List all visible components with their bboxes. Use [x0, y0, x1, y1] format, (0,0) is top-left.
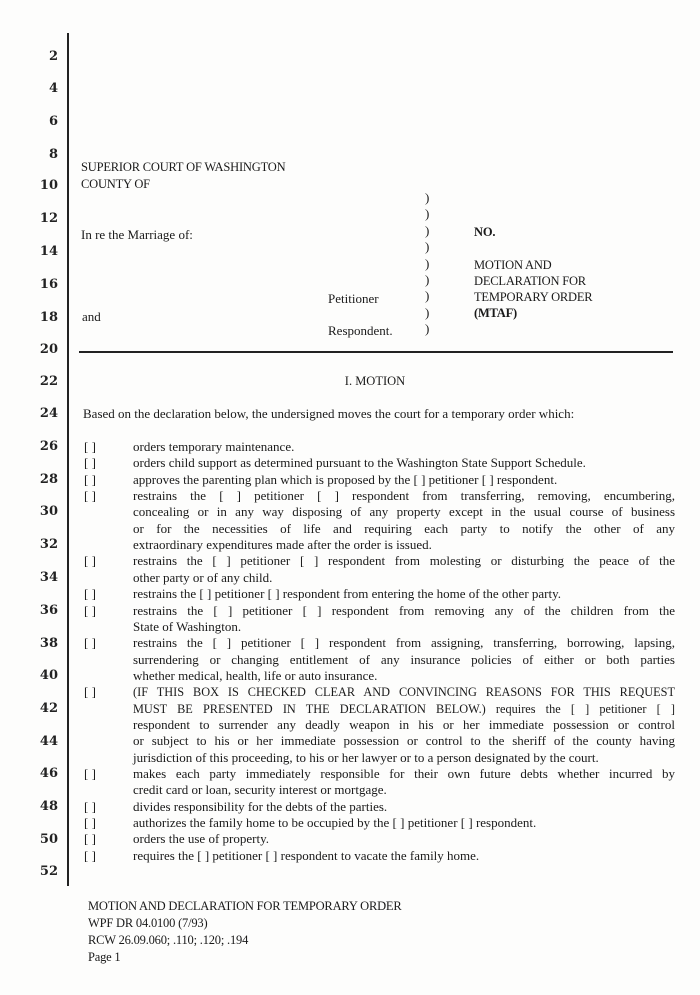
line-number: 32 — [20, 537, 58, 553]
line-number: 14 — [20, 244, 58, 260]
line-number: 46 — [20, 766, 58, 782]
county-label: COUNTY OF — [81, 177, 150, 192]
footer-page-number: Page 1 — [88, 949, 402, 966]
line-number: 28 — [20, 472, 58, 488]
caption-paren: ) — [425, 206, 429, 222]
checkbox-child-support[interactable]: [ ] — [84, 455, 96, 471]
item-text-restrain-entering-home: restrains the [ ] petitioner [ ] respond… — [133, 586, 675, 602]
checkbox-use-of-property[interactable]: [ ] — [84, 831, 96, 847]
line-number: 8 — [20, 147, 58, 163]
item-text-surrender-weapons: MUST BE PRESENTED IN THE DECLARATION BEL… — [133, 701, 675, 717]
caption-paren: ) — [425, 190, 429, 206]
checkbox-parenting-plan[interactable]: [ ] — [84, 472, 96, 488]
document-title-line-3: TEMPORARY ORDER — [474, 290, 592, 305]
line-number: 42 — [20, 701, 58, 717]
in-re-label: In re the Marriage of: — [81, 227, 193, 243]
caption-paren: ) — [425, 288, 429, 304]
item-text-future-debts: makes each party immediately responsible… — [133, 766, 675, 782]
line-number: 10 — [20, 178, 58, 194]
footer-title: MOTION AND DECLARATION FOR TEMPORARY ORD… — [88, 898, 402, 915]
line-number: 44 — [20, 734, 58, 750]
caption-divider — [79, 351, 673, 353]
item-text-surrender-weapons: jurisdiction of this proceeding, to his … — [133, 750, 675, 766]
item-text-surrender-weapons: respondent to surrender any deadly weapo… — [133, 717, 675, 733]
caption-paren: ) — [425, 223, 429, 239]
line-number: 34 — [20, 570, 58, 586]
item-text-vacate-home: requires the [ ] petitioner [ ] responde… — [133, 848, 675, 864]
checkbox-occupy-home[interactable]: [ ] — [84, 815, 96, 831]
item-text-restrain-molesting: other party or of any child. — [133, 570, 675, 586]
item-text-occupy-home: authorizes the family home to be occupie… — [133, 815, 675, 831]
item-text-restrain-property: or for the necessities of life and requi… — [133, 521, 675, 537]
item-text-surrender-weapons: or subject to his or her immediate posse… — [133, 733, 675, 749]
line-number: 18 — [20, 310, 58, 326]
caption-paren: ) — [425, 256, 429, 272]
item-text-parenting-plan: approves the parenting plan which is pro… — [133, 472, 675, 488]
line-number: 20 — [20, 342, 58, 358]
caption-paren: ) — [425, 305, 429, 321]
item-text-maintenance: orders temporary maintenance. — [133, 439, 675, 455]
line-number: 26 — [20, 439, 58, 455]
respondent-label: Respondent. — [328, 323, 393, 339]
line-number: 2 — [20, 49, 58, 65]
item-text-surrender-weapons: (IF THIS BOX IS CHECKED CLEAR AND CONVIN… — [133, 684, 675, 700]
line-number: 52 — [20, 864, 58, 880]
caption-paren: ) — [425, 321, 429, 337]
checkbox-restrain-removing-children[interactable]: [ ] — [84, 603, 96, 619]
checkbox-vacate-home[interactable]: [ ] — [84, 848, 96, 864]
checkbox-maintenance[interactable]: [ ] — [84, 439, 96, 455]
document-title-line-2: DECLARATION FOR — [474, 274, 586, 289]
item-text-use-of-property: orders the use of property. — [133, 831, 675, 847]
checkbox-restrain-molesting[interactable]: [ ] — [84, 553, 96, 569]
checkbox-restrain-insurance[interactable]: [ ] — [84, 635, 96, 651]
item-text-restrain-insurance: restrains the [ ] petitioner [ ] respond… — [133, 635, 675, 651]
line-number: 16 — [20, 277, 58, 293]
caption-paren: ) — [425, 272, 429, 288]
item-text-restrain-property: restrains the [ ] petitioner [ ] respond… — [133, 488, 675, 504]
and-label: and — [82, 309, 101, 325]
margin-rule — [67, 33, 69, 886]
petitioner-label: Petitioner — [328, 291, 379, 307]
document-title-code: (MTAF) — [474, 306, 517, 321]
checkbox-surrender-weapons[interactable]: [ ] — [84, 684, 96, 700]
footer-form-number: WPF DR 04.0100 (7/93) — [88, 915, 402, 932]
item-text-restrain-removing-children: restrains the [ ] petitioner [ ] respond… — [133, 603, 675, 619]
section-heading: I. MOTION — [0, 373, 700, 389]
checkbox-future-debts[interactable]: [ ] — [84, 766, 96, 782]
line-number: 6 — [20, 114, 58, 130]
line-number: 48 — [20, 799, 58, 815]
item-text-divide-debts: divides responsibility for the debts of … — [133, 799, 675, 815]
checkbox-restrain-entering-home[interactable]: [ ] — [84, 586, 96, 602]
item-text-restrain-insurance: surrendering or changing entitlement of … — [133, 652, 675, 668]
court-name: SUPERIOR COURT OF WASHINGTON — [81, 160, 285, 175]
line-number: 24 — [20, 406, 58, 422]
line-number: 4 — [20, 81, 58, 97]
page-footer: MOTION AND DECLARATION FOR TEMPORARY ORD… — [88, 898, 402, 966]
item-text-restrain-insurance: whether medical, health, life or auto in… — [133, 668, 675, 684]
line-number: 36 — [20, 603, 58, 619]
checkbox-restrain-property[interactable]: [ ] — [84, 488, 96, 504]
caption-paren: ) — [425, 239, 429, 255]
line-number: 38 — [20, 636, 58, 652]
case-number-label: NO. — [474, 225, 495, 240]
line-number: 40 — [20, 668, 58, 684]
item-text-restrain-property: extraordinary expenditures made after th… — [133, 537, 675, 553]
item-text-future-debts: credit card or loan, security interest o… — [133, 782, 675, 798]
footer-rcw: RCW 26.09.060; .110; .120; .194 — [88, 932, 402, 949]
item-text-restrain-removing-children: State of Washington. — [133, 619, 675, 635]
document-title-line-1: MOTION AND — [474, 258, 552, 273]
checkbox-divide-debts[interactable]: [ ] — [84, 799, 96, 815]
item-text-restrain-molesting: restrains the [ ] petitioner [ ] respond… — [133, 553, 675, 569]
line-number: 12 — [20, 211, 58, 227]
line-number: 50 — [20, 832, 58, 848]
motion-intro: Based on the declaration below, the unde… — [83, 406, 574, 422]
line-number: 30 — [20, 504, 58, 520]
item-text-restrain-property: concealing or in any way disposing of an… — [133, 504, 675, 520]
item-text-child-support: orders child support as determined pursu… — [133, 455, 675, 471]
